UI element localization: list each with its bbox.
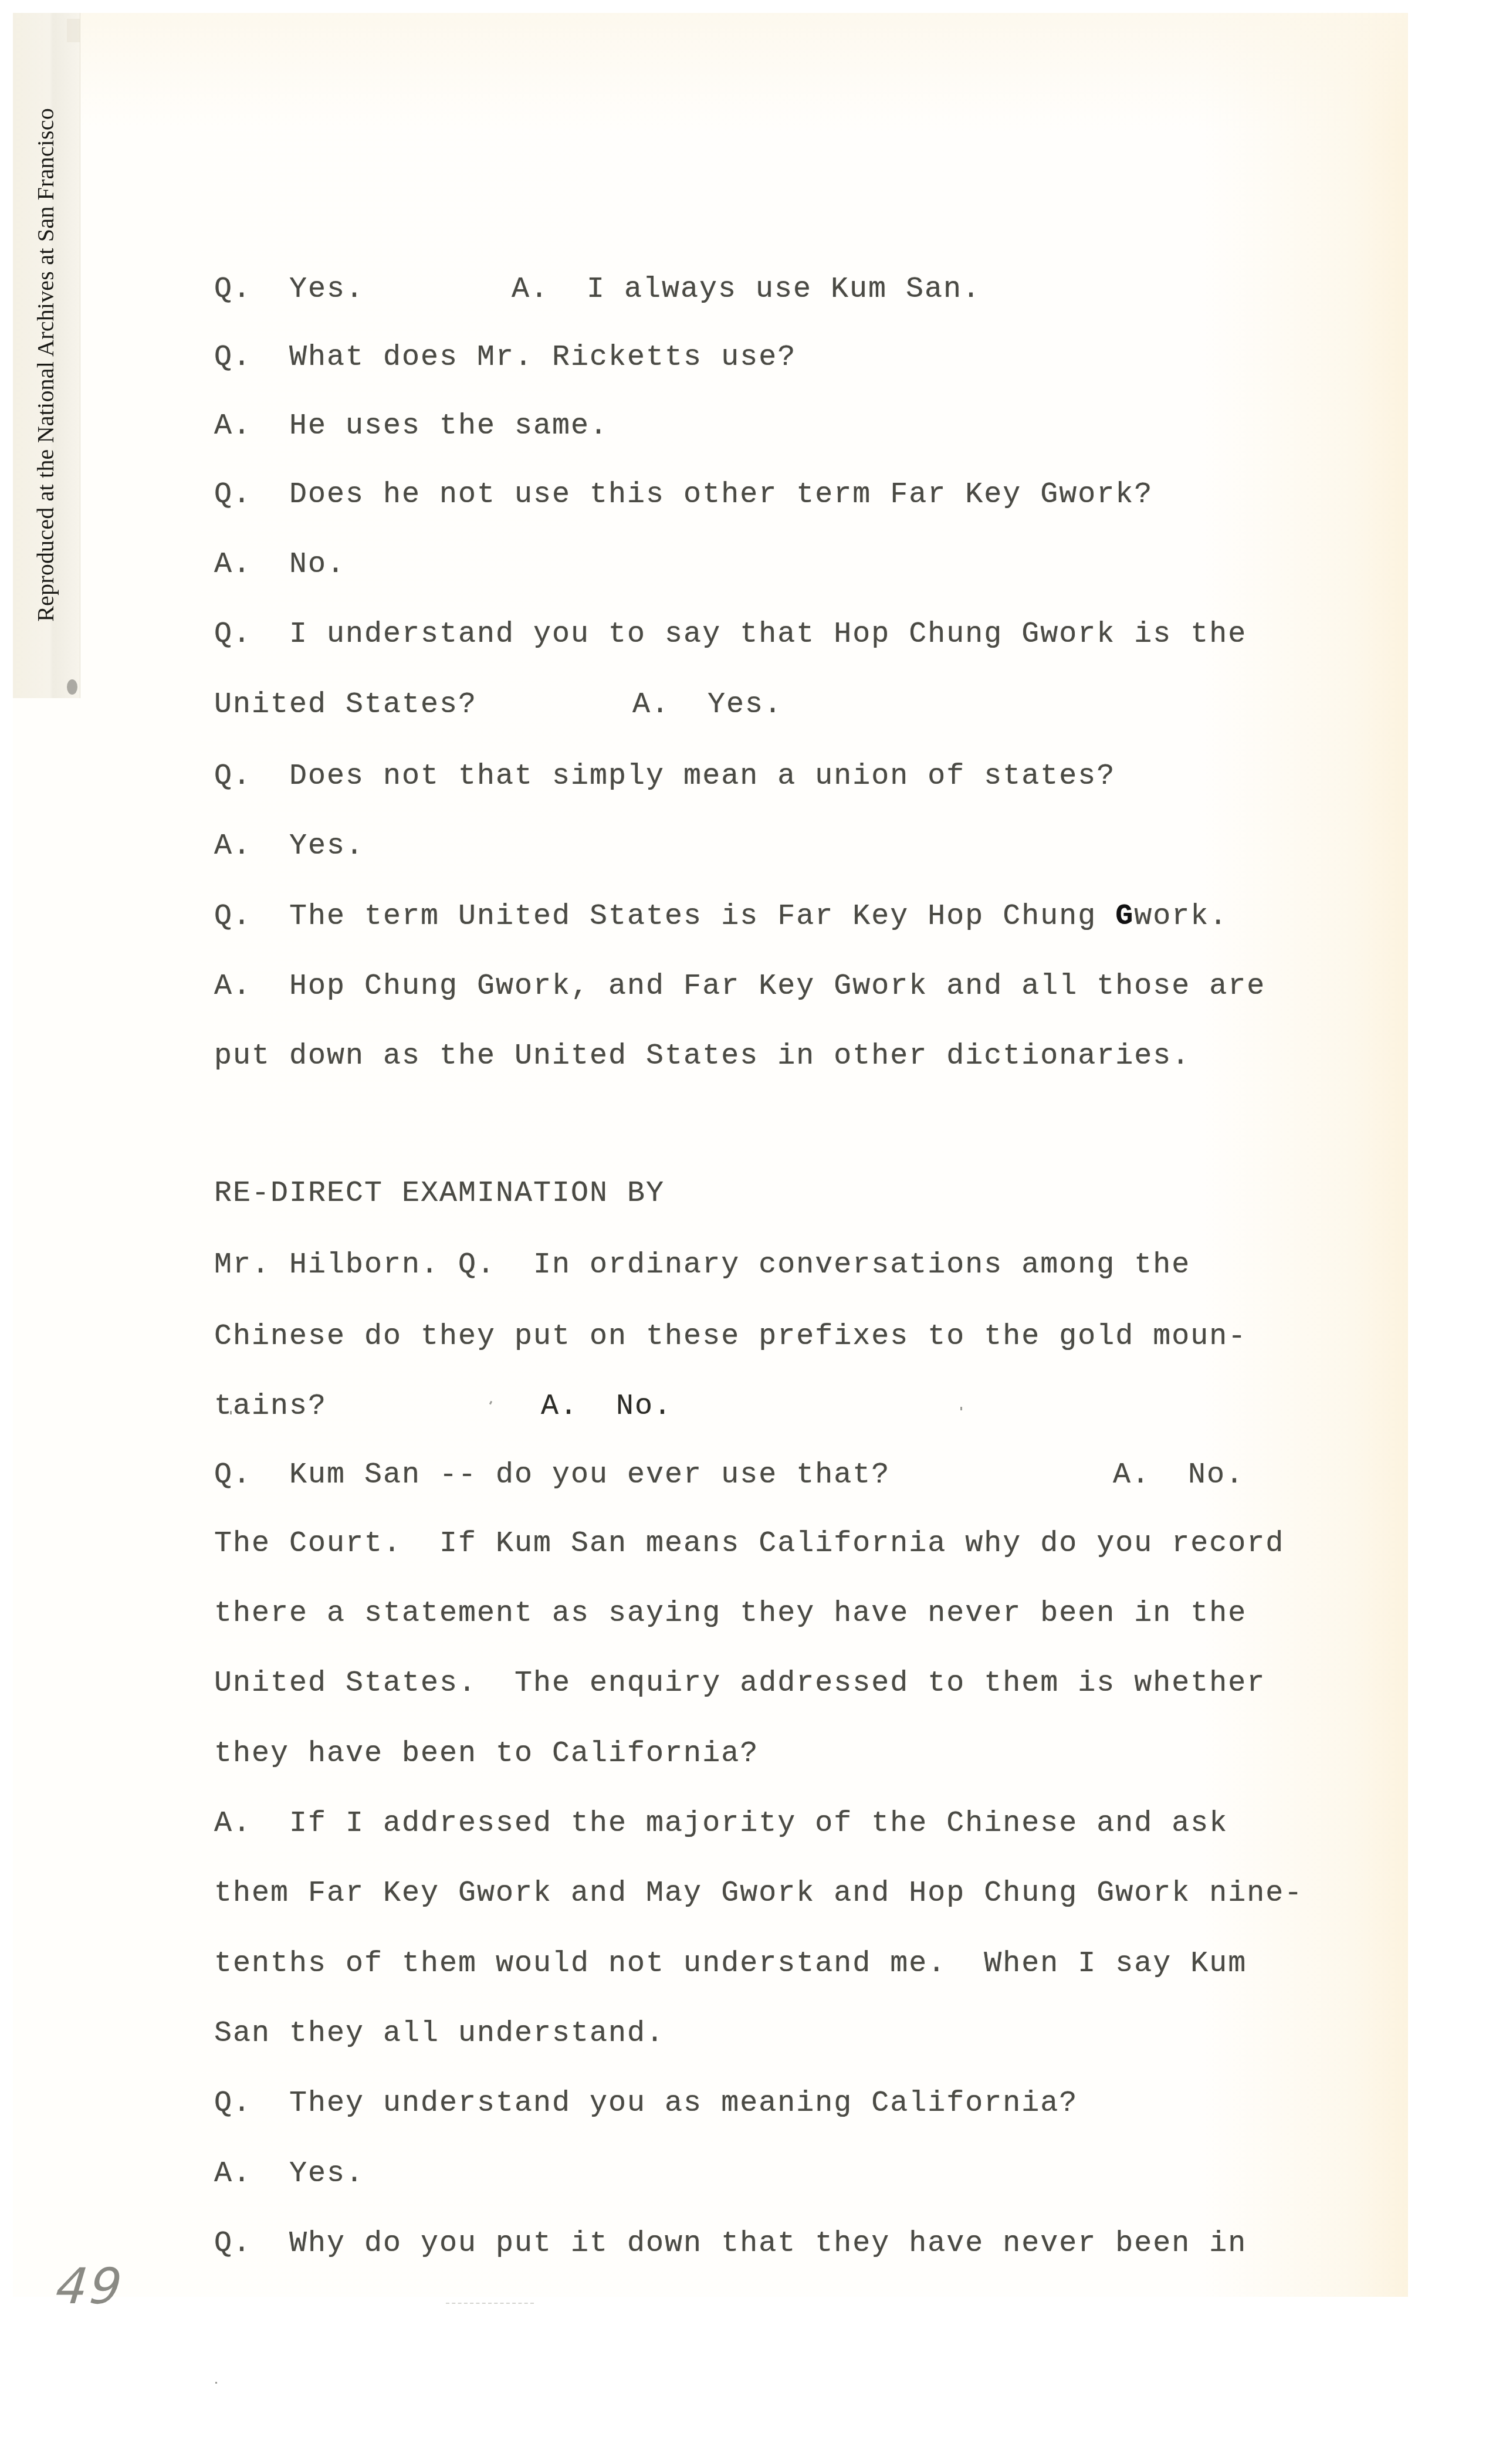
line-text: A. No. bbox=[214, 547, 346, 583]
line-text: tenths of them would not understand me. … bbox=[214, 1947, 1247, 1982]
transcript-line: A. Yes. bbox=[0, 2157, 1496, 2192]
line-text: Q. Kum San -- do you ever use that? bbox=[214, 1458, 890, 1493]
line-text: A. He uses the same. bbox=[214, 409, 608, 444]
line-text: A. Hop Chung Gwork, and Far Key Gwork an… bbox=[214, 969, 1265, 1004]
line-text: Q. The term United States is Far Key Hop… bbox=[214, 899, 1228, 935]
line-text-tail: work. bbox=[1134, 900, 1228, 933]
answer-inline: A. No. bbox=[1113, 1458, 1244, 1493]
line-text: United States? bbox=[214, 688, 477, 723]
transcript-line: put down as the United States in other d… bbox=[0, 1039, 1496, 1074]
transcript-line: A. Hop Chung Gwork, and Far Key Gwork an… bbox=[0, 969, 1496, 1004]
transcript-line: Q. Kum San -- do you ever use that?A. No… bbox=[0, 1458, 1496, 1493]
line-text: Q. Does he not use this other term Far K… bbox=[214, 478, 1153, 513]
ink-speck bbox=[215, 2382, 217, 2384]
line-text: put down as the United States in other d… bbox=[214, 1039, 1190, 1074]
handwritten-page-number: 49 bbox=[53, 2257, 127, 2315]
transcript-line: Q. Does he not use this other term Far K… bbox=[0, 478, 1496, 513]
transcript-line: A. If I addressed the majority of the Ch… bbox=[0, 1806, 1496, 1842]
transcript-line: United States?A. Yes. bbox=[0, 688, 1496, 723]
answer-inline: A. No. bbox=[541, 1389, 672, 1424]
line-text: Q. Does not that simply mean a union of … bbox=[214, 759, 1115, 794]
line-text: they have been to California? bbox=[214, 1737, 759, 1772]
paper-tint bbox=[13, 13, 1408, 130]
transcript-line: Q. The term United States is Far Key Hop… bbox=[0, 899, 1496, 935]
transcript-line: Q. Does not that simply mean a union of … bbox=[0, 759, 1496, 794]
transcript-line: Q. I understand you to say that Hop Chun… bbox=[0, 617, 1496, 652]
line-text: United States. The enquiry addressed to … bbox=[214, 1666, 1265, 1701]
transcript-line: Q. What does Mr. Ricketts use? bbox=[0, 340, 1496, 375]
line-text: Q. I understand you to say that Hop Chun… bbox=[214, 617, 1247, 652]
transcript-line: Chinese do they put on these prefixes to… bbox=[0, 1319, 1496, 1355]
overstruck-letter: G bbox=[1115, 899, 1134, 935]
line-text: them Far Key Gwork and May Gwork and Hop… bbox=[214, 1876, 1303, 1911]
line-text: there a statement as saying they have ne… bbox=[214, 1596, 1247, 1632]
transcript-line: United States. The enquiry addressed to … bbox=[0, 1666, 1496, 1701]
strip-tab bbox=[67, 19, 80, 42]
line-text: A. If I addressed the majority of the Ch… bbox=[214, 1806, 1228, 1842]
line-text: RE-DIRECT EXAMINATION BY bbox=[214, 1176, 665, 1211]
transcript-line: Mr. Hilborn. Q. In ordinary conversation… bbox=[0, 1248, 1496, 1283]
transcript-line: they have been to California? bbox=[0, 1737, 1496, 1772]
transcript-line: Q. Yes.A. I always use Kum San. bbox=[0, 272, 1496, 307]
line-text: A. Yes. bbox=[214, 829, 364, 864]
transcript-line: there a statement as saying they have ne… bbox=[0, 1596, 1496, 1632]
answer-inline: A. Yes. bbox=[632, 688, 783, 723]
transcript-line: tains?A. No. bbox=[0, 1389, 1496, 1424]
line-text: Mr. Hilborn. Q. In ordinary conversation… bbox=[214, 1248, 1190, 1283]
transcript-line: A. He uses the same. bbox=[0, 409, 1496, 444]
line-text: Q. Why do you put it down that they have… bbox=[214, 2226, 1247, 2262]
transcript-line: them Far Key Gwork and May Gwork and Hop… bbox=[0, 1876, 1496, 1911]
line-text: Q. Yes. bbox=[214, 272, 364, 307]
line-text: A. Yes. bbox=[214, 2157, 364, 2192]
transcript-line: tenths of them would not understand me. … bbox=[0, 1947, 1496, 1982]
line-text: San they all understand. bbox=[214, 2016, 665, 2052]
transcript-line: The Court. If Kum San means California w… bbox=[0, 1527, 1496, 1562]
transcript-line: Q. Why do you put it down that they have… bbox=[0, 2226, 1496, 2262]
section-heading: RE-DIRECT EXAMINATION BY bbox=[0, 1176, 1496, 1211]
line-text: Q. They understand you as meaning Califo… bbox=[214, 2086, 1078, 2121]
line-text: Chinese do they put on these prefixes to… bbox=[214, 1319, 1247, 1355]
ink-speck bbox=[230, 1411, 232, 1414]
transcript-line: Q. They understand you as meaning Califo… bbox=[0, 2086, 1496, 2121]
line-text: Q. What does Mr. Ricketts use? bbox=[214, 340, 796, 375]
line-text: The Court. If Kum San means California w… bbox=[214, 1527, 1284, 1562]
answer-inline: A. I always use Kum San. bbox=[512, 272, 981, 307]
line-text: tains? bbox=[214, 1389, 327, 1424]
transcript-line: A. No. bbox=[0, 547, 1496, 583]
faint-dashes bbox=[446, 2303, 534, 2305]
transcript-line: San they all understand. bbox=[0, 2016, 1496, 2052]
transcript-line: A. Yes. bbox=[0, 829, 1496, 864]
ink-speck bbox=[960, 1407, 962, 1410]
